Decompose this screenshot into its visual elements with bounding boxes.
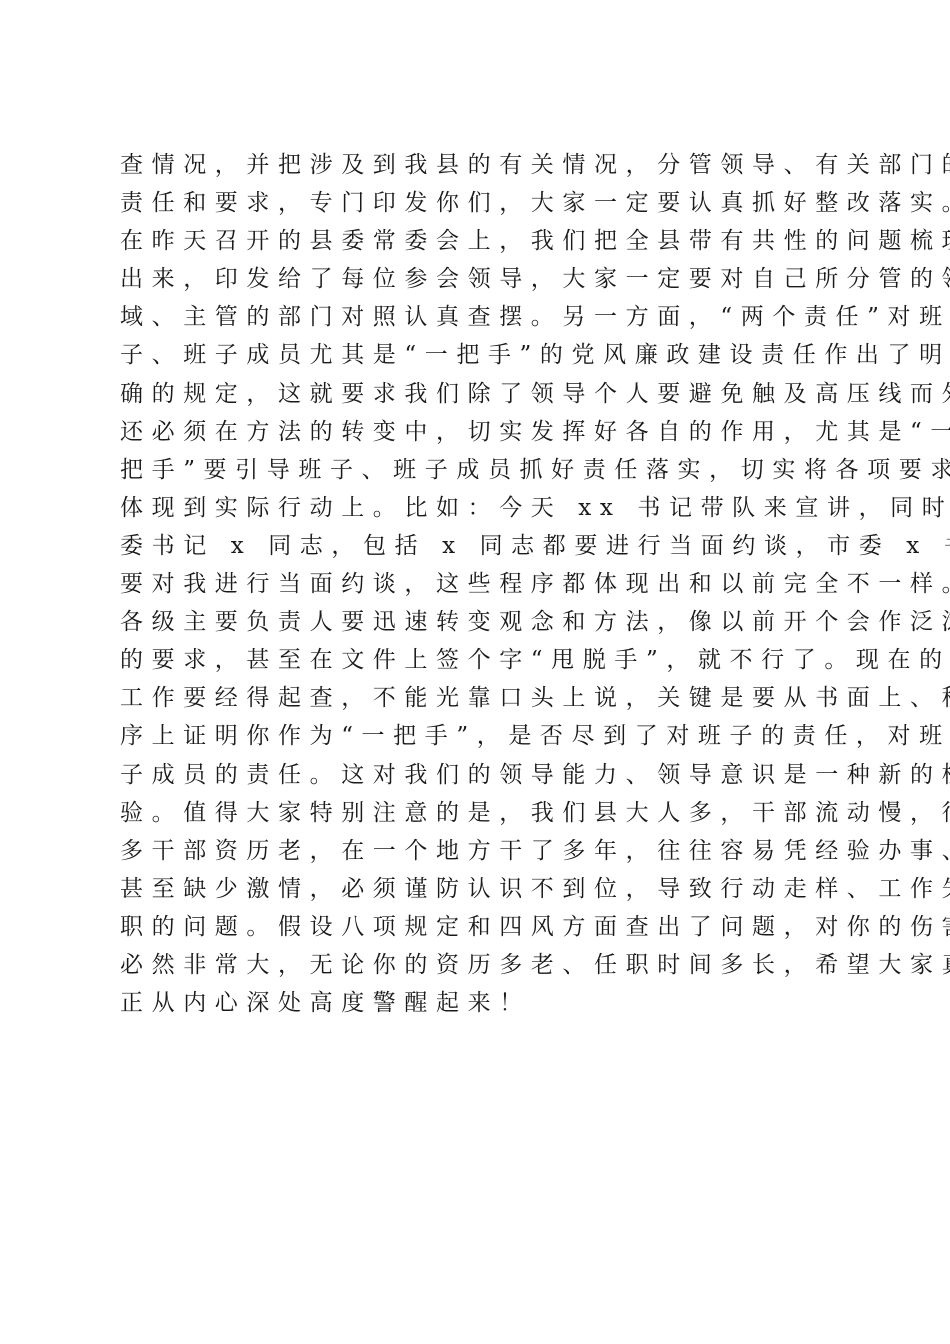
text-line: 把手”要引导班子、班子成员抓好责任落实，切实将各项要求 bbox=[120, 451, 835, 489]
text-line: 序上证明你作为“一把手”，是否尽到了对班子的责任，对班 bbox=[120, 717, 835, 755]
text-line: 出来，印发给了每位参会领导，大家一定要对自己所分管的领 bbox=[120, 260, 835, 298]
text-line: 域、主管的部门对照认真查摆。另一方面，“两个责任”对班 bbox=[120, 298, 835, 336]
text-line: 多干部资历老，在一个地方干了多年，往往容易凭经验办事、 bbox=[120, 832, 835, 870]
text-line: 在昨天召开的县委常委会上，我们把全县带有共性的问题梳理 bbox=[120, 222, 835, 260]
text-line: 甚至缺少激情，必须谨防认识不到位，导致行动走样、工作失 bbox=[120, 870, 835, 908]
text-line: 确的规定，这就要求我们除了领导个人要避免触及高压线而外， bbox=[120, 375, 835, 413]
text-line: 责任和要求，专门印发你们，大家一定要认真抓好整改落实。 bbox=[120, 184, 835, 222]
text-line: 子成员的责任。这对我们的领导能力、领导意识是一种新的检 bbox=[120, 756, 835, 794]
text-line: 子、班子成员尤其是“一把手”的党风廉政建设责任作出了明 bbox=[120, 336, 835, 374]
text-line: 必然非常大，无论你的资历多老、任职时间多长，希望大家真 bbox=[120, 946, 835, 984]
document-page: 查情况，并把涉及到我县的有关情况，分管领导、有关部门的 责任和要求，专门印发你们… bbox=[120, 146, 835, 1022]
text-line: 工作要经得起查，不能光靠口头上说，关键是要从书面上、程 bbox=[120, 679, 835, 717]
text-line: 验。值得大家特别注意的是，我们县大人多，干部流动慢，很 bbox=[120, 794, 835, 832]
text-line: 职的问题。假设八项规定和四风方面查出了问题，对你的伤害 bbox=[120, 908, 835, 946]
text-line: 查情况，并把涉及到我县的有关情况，分管领导、有关部门的 bbox=[120, 146, 835, 184]
text-line: 的要求，甚至在文件上签个字“甩脱手”，就不行了。现在的 bbox=[120, 641, 835, 679]
text-line: 各级主要负责人要迅速转变观念和方法，像以前开个会作泛泛 bbox=[120, 603, 835, 641]
text-line: 体现到实际行动上。比如：今天 xx 书记带队来宣讲，同时对纪 bbox=[120, 489, 835, 527]
text-line: 还必须在方法的转变中，切实发挥好各自的作用，尤其是“一 bbox=[120, 413, 835, 451]
text-line: 委书记 x 同志，包括 x 同志都要进行当面约谈，市委 x 书记也 bbox=[120, 527, 835, 565]
text-line: 正从内心深处高度警醒起来！ bbox=[120, 984, 835, 1022]
text-line: 要对我进行当面约谈，这些程序都体现出和以前完全不一样。 bbox=[120, 565, 835, 603]
